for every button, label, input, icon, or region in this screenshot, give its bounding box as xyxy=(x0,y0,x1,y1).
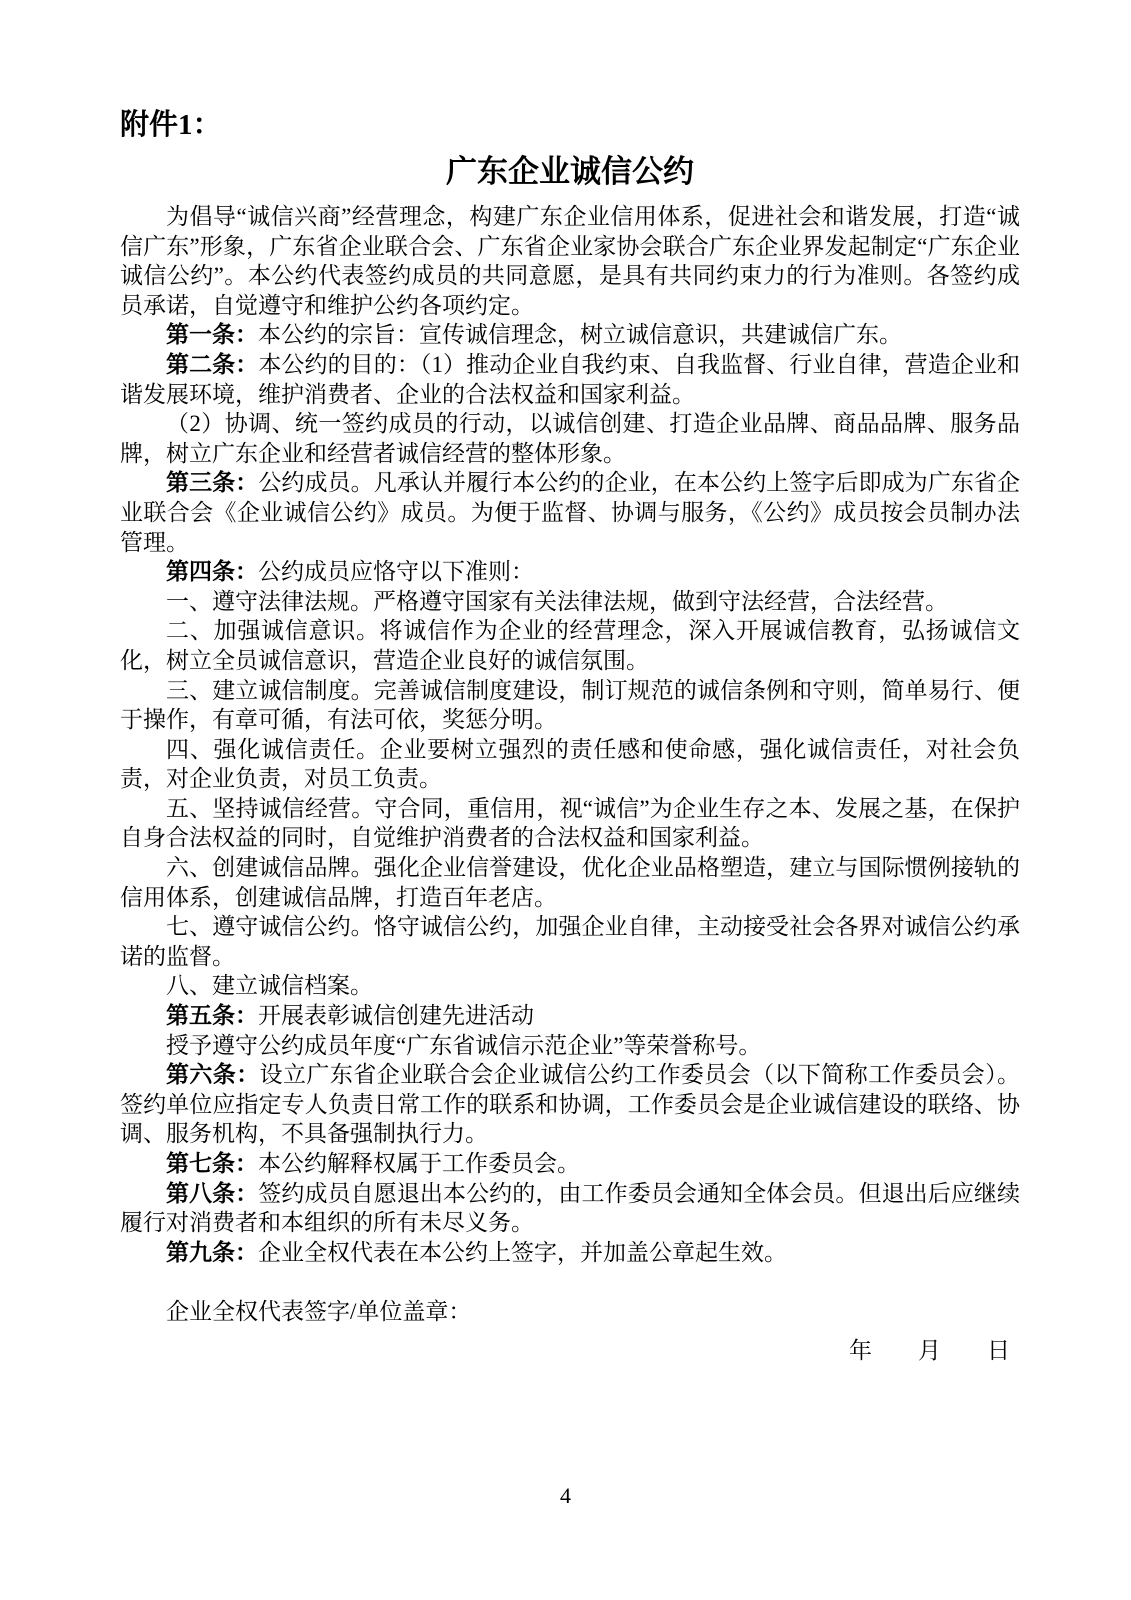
paragraph-text: 授予遵守公约成员年度“广东省诚信示范企业”等荣誉称号。 xyxy=(166,1033,761,1058)
clause-label: 第二条： xyxy=(166,352,258,377)
clause-label: 第三条： xyxy=(166,470,258,495)
document-page: 附件1： 广东企业诚信公约 为倡导“诚信兴商”经营理念，构建广东企业信用体系，促… xyxy=(0,0,1131,1600)
paragraph-text: 五、坚持诚信经营。守合同，重信用，视“诚信”为企业生存之本、发展之基，在保护自身… xyxy=(120,796,1020,851)
paragraph-text: 七、遵守诚信公约。恪守诚信公约，加强企业自律，主动接受社会各界对诚信公约承诺的监… xyxy=(120,914,1020,969)
clause-label: 第九条： xyxy=(166,1240,258,1265)
clause-label: 第六条： xyxy=(166,1062,260,1087)
attachment-label: 附件1： xyxy=(120,106,1020,144)
page-number: 4 xyxy=(0,1482,1131,1509)
clause-9-paragraph: 第九条：企业全权代表在本公约上签字，并加盖公章起生效。 xyxy=(120,1238,1020,1268)
clause-8-paragraph: 第八条：签约成员自愿退出本公约的，由工作委员会通知全体会员。但退出后应继续履行对… xyxy=(120,1179,1020,1238)
clause-5-continued-paragraph: 授予遵守公约成员年度“广东省诚信示范企业”等荣誉称号。 xyxy=(120,1031,1020,1061)
paragraph-text: 开展表彰诚信创建先进活动 xyxy=(258,1003,534,1028)
clause-label: 第一条： xyxy=(166,322,258,347)
paragraph-text: 三、建立诚信制度。完善诚信制度建设，制订规范的诚信条例和守则，简单易行、便于操作… xyxy=(120,678,1020,733)
clause-4-paragraph: 第四条：公约成员应恪守以下准则： xyxy=(120,557,1020,587)
signature-line: 企业全权代表签字/单位盖章： xyxy=(120,1297,1020,1327)
paragraph-text: 一、遵守法律法规。严格遵守国家有关法律法规，做到守法经营，合法经营。 xyxy=(166,589,948,614)
paragraph-text: 二、加强诚信意识。将诚信作为企业的经营理念，深入开展诚信教育，弘扬诚信文化，树立… xyxy=(120,618,1020,673)
rule-8-item: 八、建立诚信档案。 xyxy=(120,971,1020,1001)
clause-1-paragraph: 第一条：本公约的宗旨：宣传诚信理念，树立诚信意识，共建诚信广东。 xyxy=(120,320,1020,350)
date-line: 年 月 日 xyxy=(120,1336,1020,1366)
clause-5-paragraph: 第五条：开展表彰诚信创建先进活动 xyxy=(120,1001,1020,1031)
preamble-paragraph: 为倡导“诚信兴商”经营理念，构建广东企业信用体系，促进社会和谐发展，打造“诚信广… xyxy=(120,202,1020,320)
rule-7-item: 七、遵守诚信公约。恪守诚信公约，加强企业自律，主动接受社会各界对诚信公约承诺的监… xyxy=(120,912,1020,971)
rule-3-item: 三、建立诚信制度。完善诚信制度建设，制订规范的诚信条例和守则，简单易行、便于操作… xyxy=(120,676,1020,735)
rule-5-item: 五、坚持诚信经营。守合同，重信用，视“诚信”为企业生存之本、发展之基，在保护自身… xyxy=(120,794,1020,853)
document-title: 广东企业诚信公约 xyxy=(120,154,1020,190)
clause-label: 第七条： xyxy=(166,1151,258,1176)
rule-6-item: 六、创建诚信品牌。强化企业信誉建设，优化企业品格塑造，建立与国际惯例接轨的信用体… xyxy=(120,853,1020,912)
clause-3-paragraph: 第三条：公约成员。凡承认并履行本公约的企业，在本公约上签字后即成为广东省企业联合… xyxy=(120,468,1020,557)
clause-6-paragraph: 第六条：设立广东省企业联合会企业诚信公约工作委员会（以下简称工作委员会）。签约单… xyxy=(120,1060,1020,1149)
paragraph-text: 本公约解释权属于工作委员会。 xyxy=(258,1151,580,1176)
document-body: 为倡导“诚信兴商”经营理念，构建广东企业信用体系，促进社会和谐发展，打造“诚信广… xyxy=(120,202,1020,1267)
clause-7-paragraph: 第七条：本公约解释权属于工作委员会。 xyxy=(120,1149,1020,1179)
paragraph-text: 六、创建诚信品牌。强化企业信誉建设，优化企业品格塑造，建立与国际惯例接轨的信用体… xyxy=(120,855,1020,910)
clause-label: 第八条： xyxy=(166,1181,258,1206)
clause-2-paragraph: 第二条：本公约的目的：（1）推动企业自我约束、自我监督、行业自律，营造企业和谐发… xyxy=(120,350,1020,409)
rule-4-item: 四、强化诚信责任。企业要树立强烈的责任感和使命感，强化诚信责任，对社会负责，对企… xyxy=(120,735,1020,794)
paragraph-text: 本公约的宗旨：宣传诚信理念，树立诚信意识，共建诚信广东。 xyxy=(258,322,902,347)
paragraph-text: 企业全权代表在本公约上签字，并加盖公章起生效。 xyxy=(258,1240,787,1265)
rule-2-item: 二、加强诚信意识。将诚信作为企业的经营理念，深入开展诚信教育，弘扬诚信文化，树立… xyxy=(120,616,1020,675)
paragraph-text: 四、强化诚信责任。企业要树立强烈的责任感和使命感，强化诚信责任，对社会负责，对企… xyxy=(120,737,1020,792)
paragraph-text: （2）协调、统一签约成员的行动，以诚信创建、打造企业品牌、商品品牌、服务品牌，树… xyxy=(120,411,1020,466)
paragraph-text: 公约成员应恪守以下准则： xyxy=(258,559,534,584)
clause-2-continued-paragraph: （2）协调、统一签约成员的行动，以诚信创建、打造企业品牌、商品品牌、服务品牌，树… xyxy=(120,409,1020,468)
clause-label: 第五条： xyxy=(166,1003,258,1028)
paragraph-text: 为倡导“诚信兴商”经营理念，构建广东企业信用体系，促进社会和谐发展，打造“诚信广… xyxy=(120,204,1020,318)
rule-1-item: 一、遵守法律法规。严格遵守国家有关法律法规，做到守法经营，合法经营。 xyxy=(120,587,1020,617)
clause-label: 第四条： xyxy=(166,559,258,584)
paragraph-text: 八、建立诚信档案。 xyxy=(166,973,373,998)
